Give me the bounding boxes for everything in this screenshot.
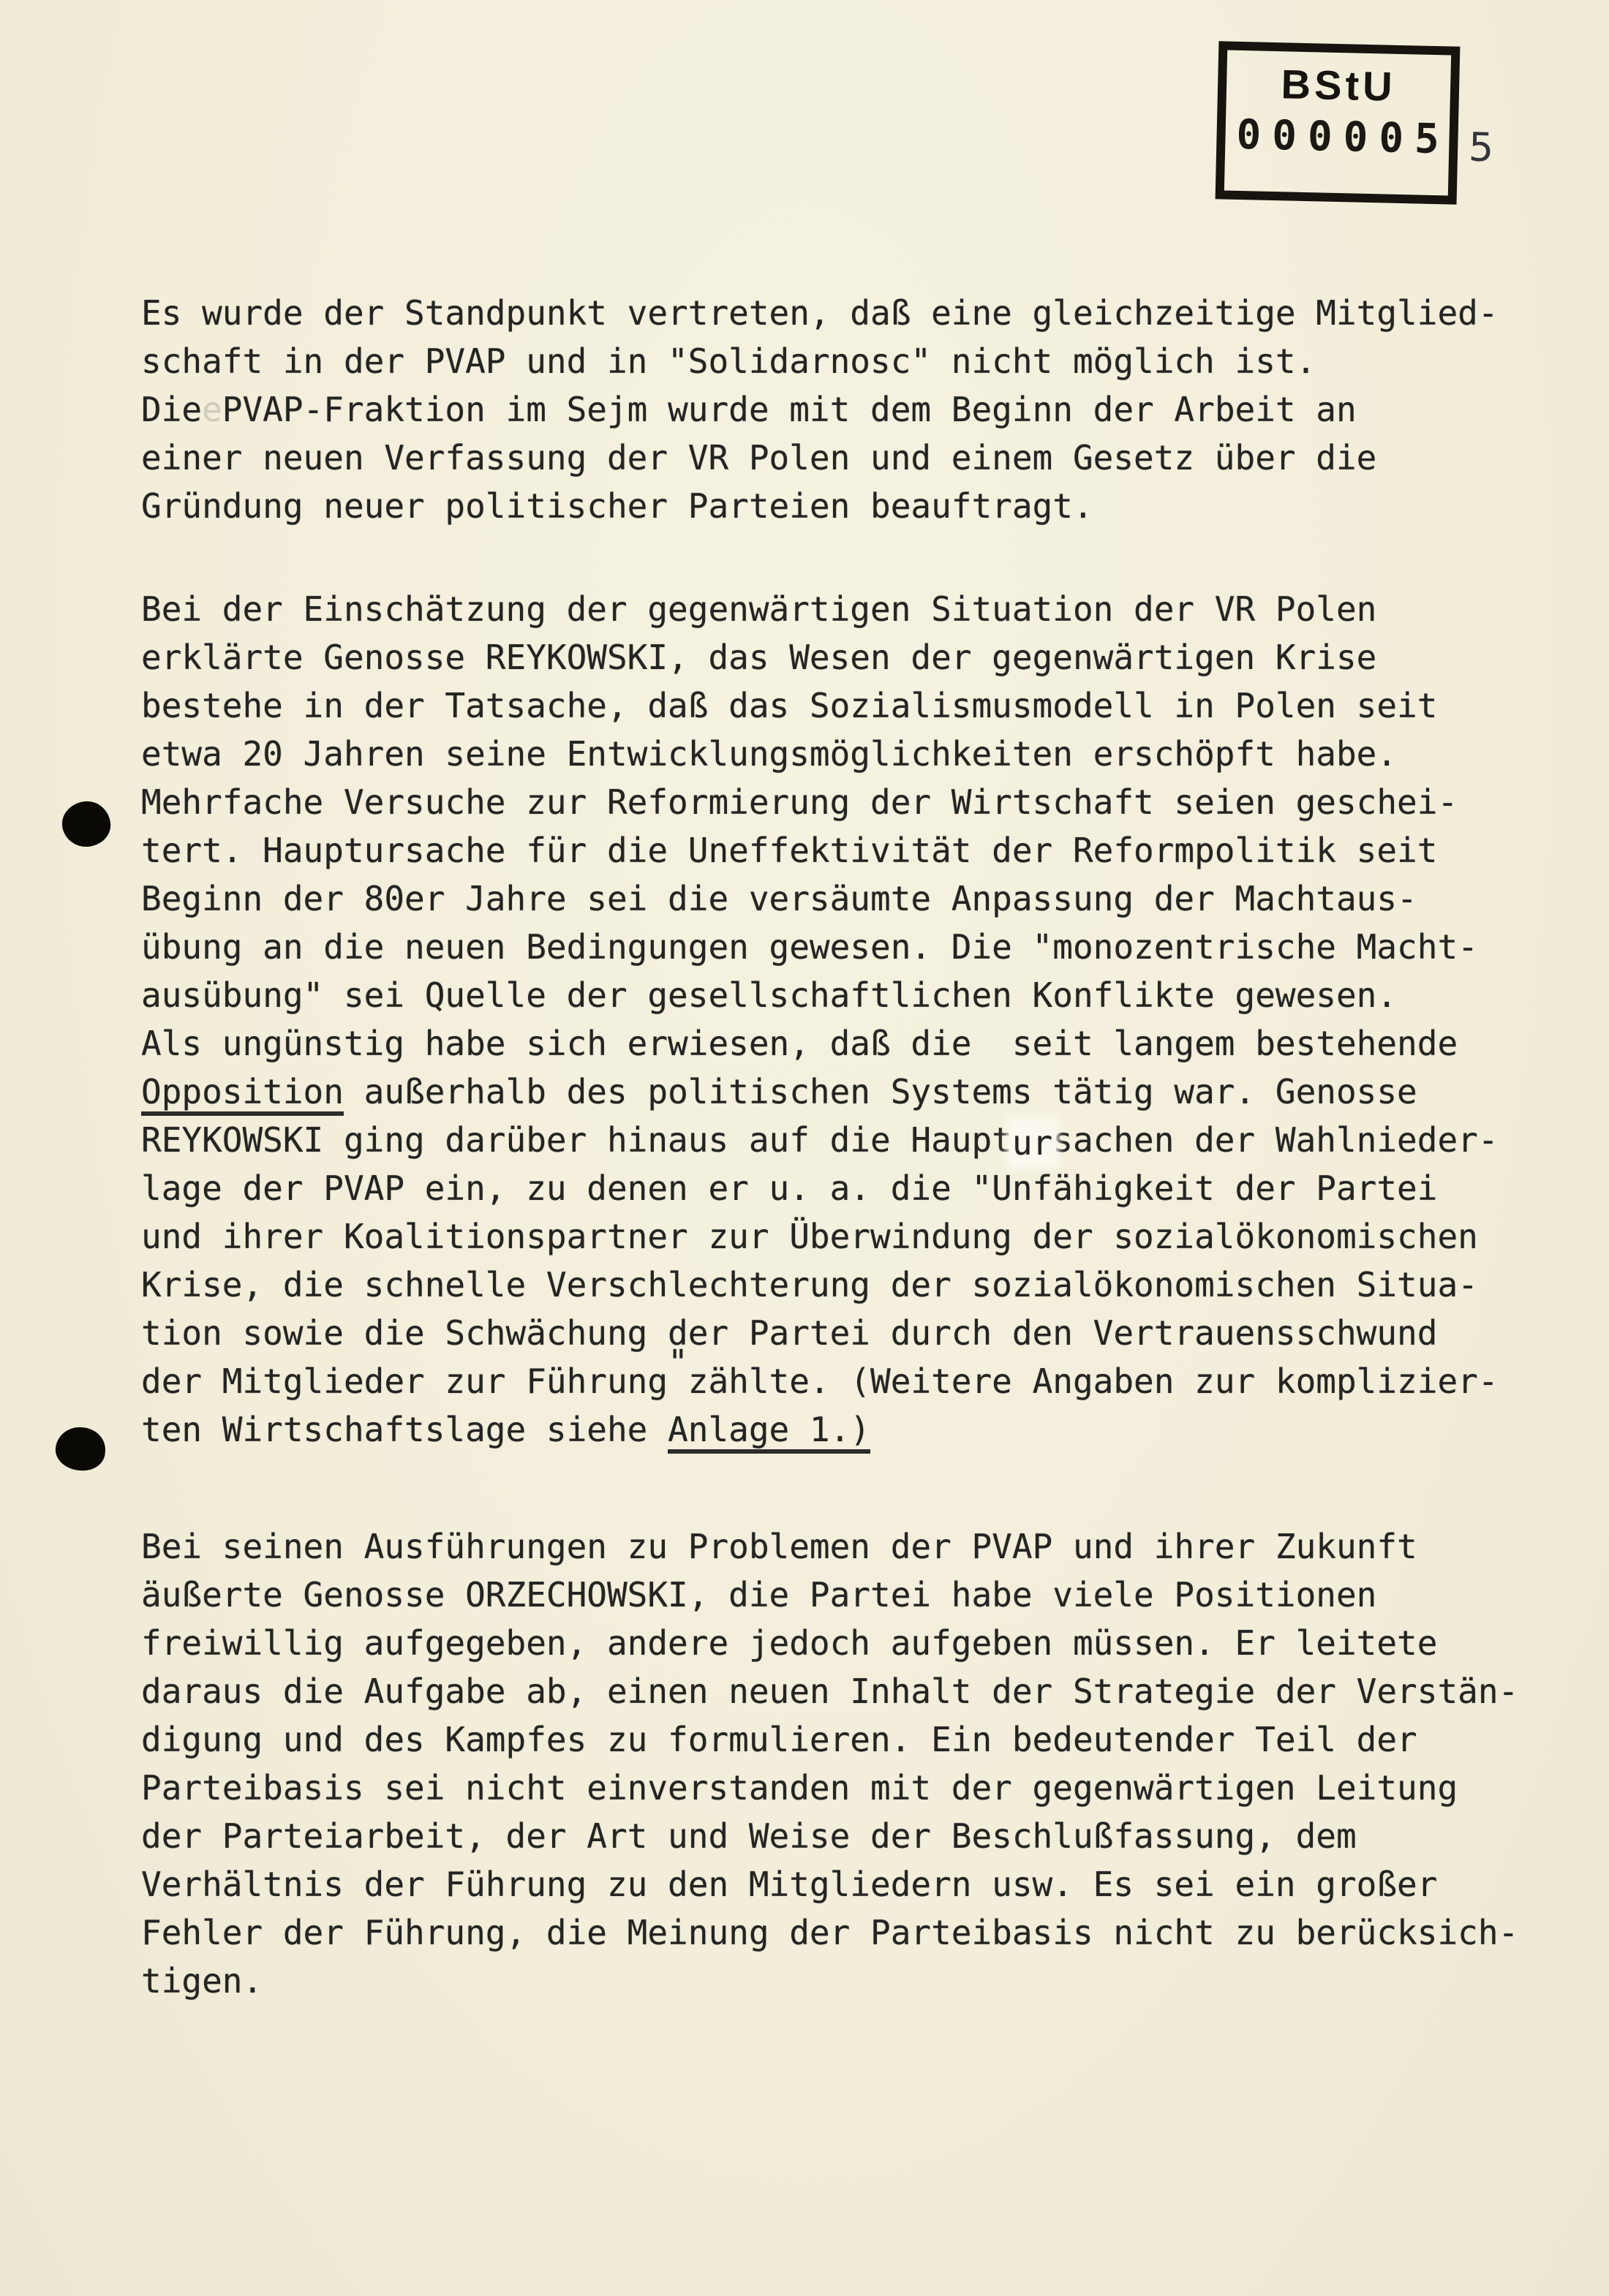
- text-segment: sachen der Wahlnieder-: [1052, 1120, 1498, 1160]
- text-line: der Parteiarbeit, der Art und Weise der …: [141, 1812, 1518, 1860]
- text-segment: Die: [141, 390, 202, 429]
- whited-out-character: e: [202, 390, 222, 429]
- text-line: übung an die neuen Bedingungen gewesen. …: [141, 923, 1499, 971]
- stamp-title: BStU: [1226, 59, 1450, 112]
- text-line: Krise, die schnelle Verschlechterung der…: [141, 1261, 1499, 1309]
- text-line: äußerte Genosse ORZECHOWSKI, die Partei …: [141, 1571, 1518, 1619]
- text-segment: REYKOWSKI ging darüber hinaus auf die Ha…: [141, 1120, 1012, 1160]
- stamp-serial-number: 000005: [1225, 111, 1450, 164]
- text-line: Opposition außerhalb des politischen Sys…: [141, 1068, 1499, 1116]
- text-line: Parteibasis sei nicht einverstanden mit …: [141, 1764, 1518, 1812]
- text-segment: außerhalb des politischen Systems tätig …: [344, 1072, 1417, 1111]
- text-line: erklärte Genosse REYKOWSKI, das Wesen de…: [141, 633, 1499, 681]
- typed-correction: ur: [1012, 1123, 1052, 1163]
- text-line: einer neuen Verfassung der VR Polen und …: [141, 434, 1499, 482]
- text-line: Als ungünstig habe sich erwiesen, daß di…: [141, 1019, 1499, 1068]
- text-line: tion sowie die Schwächung der Partei dur…: [141, 1309, 1499, 1357]
- text-line: daraus die Aufgabe ab, einen neuen Inhal…: [141, 1667, 1518, 1715]
- text-segment: zählte. (Weitere Angaben zur komplizier-: [688, 1362, 1499, 1401]
- text-line: Fehler der Führung, die Meinung der Part…: [141, 1908, 1518, 1957]
- raised-quote-mark: ": [668, 1343, 688, 1382]
- text-line: Gründung neuer politischer Parteien beau…: [141, 482, 1499, 530]
- text-line: DieePVAP-Fraktion im Sejm wurde mit dem …: [141, 385, 1499, 434]
- document-page: BStU 000005 5 Es wurde der Standpunkt ve…: [0, 0, 1609, 2296]
- text-line: lage der PVAP ein, zu denen er u. a. die…: [141, 1164, 1499, 1212]
- underlined-word-opposition: Opposition: [141, 1072, 344, 1116]
- text-line: ten Wirtschaftslage siehe Anlage 1.): [141, 1405, 1499, 1454]
- hole-punch-mark: [54, 1426, 107, 1473]
- paragraph-1: Es wurde der Standpunkt vertreten, daß e…: [141, 289, 1499, 530]
- handwritten-page-number: 5: [1468, 124, 1494, 171]
- text-line: der Mitglieder zur Führung"zählte. (Weit…: [141, 1357, 1499, 1405]
- text-line: Es wurde der Standpunkt vertreten, daß e…: [141, 289, 1499, 337]
- text-line: Bei der Einschätzung der gegenwärtigen S…: [141, 585, 1499, 633]
- underlined-reference-anlage-1: Anlage 1.): [668, 1410, 870, 1454]
- paragraph-2: Bei der Einschätzung der gegenwärtigen S…: [141, 585, 1499, 1454]
- text-line: und ihrer Koalitionspartner zur Überwind…: [141, 1212, 1499, 1261]
- text-line: etwa 20 Jahren seine Entwicklungsmöglich…: [141, 730, 1499, 778]
- text-segment: der Mitglieder zur Führung: [141, 1362, 668, 1401]
- text-line: Bei seinen Ausführungen zu Problemen der…: [141, 1522, 1518, 1571]
- text-line: Verhältnis der Führung zu den Mitglieder…: [141, 1860, 1518, 1908]
- text-line: tigen.: [141, 1957, 1518, 2005]
- text-line: freiwillig aufgegeben, andere jedoch auf…: [141, 1619, 1518, 1667]
- text-segment: ten Wirtschaftslage siehe: [141, 1410, 668, 1449]
- text-line: digung und des Kampfes zu formulieren. E…: [141, 1715, 1518, 1764]
- hole-punch-mark: [60, 799, 113, 850]
- text-line: tert. Hauptursache für die Uneffektivitä…: [141, 826, 1499, 875]
- text-line: ausübung" sei Quelle der gesellschaftlic…: [141, 971, 1499, 1019]
- text-line: Beginn der 80er Jahre sei die versäumte …: [141, 875, 1499, 923]
- text-segment: PVAP-Fraktion im Sejm wurde mit dem Begi…: [222, 390, 1357, 429]
- bstu-archive-stamp: BStU 000005: [1216, 41, 1461, 204]
- text-line: Mehrfache Versuche zur Reformierung der …: [141, 778, 1499, 826]
- text-line: bestehe in der Tatsache, daß das Soziali…: [141, 681, 1499, 730]
- text-line: schaft in der PVAP und in "Solidarnosc" …: [141, 337, 1499, 385]
- paragraph-3: Bei seinen Ausführungen zu Problemen der…: [141, 1522, 1518, 2005]
- text-line: REYKOWSKI ging darüber hinaus auf die Ha…: [141, 1116, 1499, 1164]
